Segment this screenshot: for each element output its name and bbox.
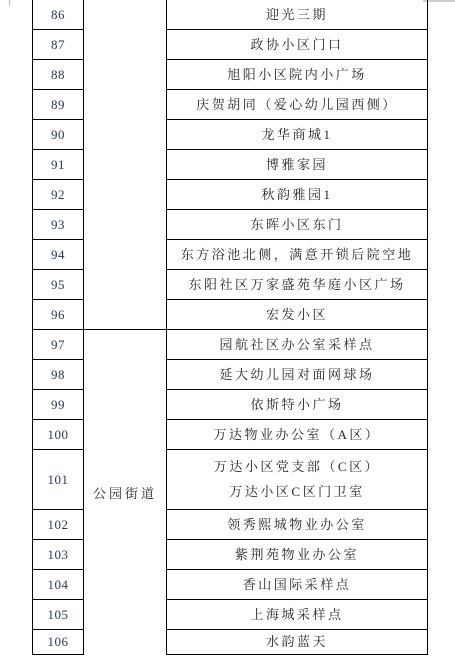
location-cell: 依斯特小广场 — [167, 390, 427, 420]
location-text: 水韵蓝天 — [266, 634, 328, 650]
location-text: 秋韵雅园1 — [261, 187, 332, 203]
row-number-cell: 105 — [33, 600, 83, 630]
location-text: 万达小区党支部（C区） — [214, 459, 380, 475]
location-text: 旭阳小区院内小广场 — [227, 67, 367, 83]
location-cell: 东晖小区东门 — [167, 210, 427, 240]
location-text: 政协小区门口 — [250, 37, 343, 53]
row-number-cell: 86 — [33, 0, 83, 30]
location-text: 香山国际采样点 — [243, 577, 352, 593]
row-number-cell: 87 — [33, 30, 83, 60]
location-cell: 紫荆苑物业办公室 — [167, 540, 427, 570]
location-cell: 迎光三期 — [167, 0, 427, 30]
location-cell: 园航社区办公室采样点 — [167, 330, 427, 360]
column-locations: 迎光三期政协小区门口旭阳小区院内小广场庆贺胡同（爱心幼儿园西侧）龙华商城1博雅家… — [167, 0, 428, 655]
location-cell: 延大幼儿园对面网球场 — [167, 360, 427, 390]
row-number-cell: 103 — [33, 540, 83, 570]
location-text: 领秀熙城物业办公室 — [227, 517, 367, 533]
location-text: 东方浴池北侧，满意开锁后院空地 — [181, 247, 414, 263]
row-number-cell: 94 — [33, 240, 83, 270]
column-street: 公园街道 — [84, 0, 167, 655]
location-cell: 宏发小区 — [167, 300, 427, 330]
location-text: 龙华商城1 — [261, 127, 332, 143]
location-cell: 龙华商城1 — [167, 120, 427, 150]
location-cell: 秋韵雅园1 — [167, 180, 427, 210]
location-cell: 领秀熙城物业办公室 — [167, 510, 427, 540]
row-number-cell: 98 — [33, 360, 83, 390]
row-number-cell: 97 — [33, 330, 83, 360]
location-cell: 东方浴池北侧，满意开锁后院空地 — [167, 240, 427, 270]
row-number-cell: 101 — [33, 450, 83, 510]
row-number-cell: 93 — [33, 210, 83, 240]
row-number-cell: 106 — [33, 630, 83, 655]
row-number-cell: 91 — [33, 150, 83, 180]
location-cell: 万达物业办公室（A区） — [167, 420, 427, 450]
location-text: 东阳社区万家盛苑华庭小区广场 — [188, 277, 405, 293]
location-text: 东晖小区东门 — [250, 217, 343, 233]
location-cell: 东阳社区万家盛苑华庭小区广场 — [167, 270, 427, 300]
location-cell: 上海城采样点 — [167, 600, 427, 630]
location-text: 紫荆苑物业办公室 — [235, 547, 359, 563]
row-number-cell: 99 — [33, 390, 83, 420]
column-row-numbers: 8687888990919293949596979899100101102103… — [33, 0, 84, 655]
sampling-points-table-page: 8687888990919293949596979899100101102103… — [0, 0, 455, 659]
location-text: 上海城采样点 — [250, 607, 343, 623]
location-text: 万达物业办公室（A区） — [214, 427, 381, 443]
location-text: 万达小区C区门卫室 — [229, 484, 364, 500]
location-text: 宏发小区 — [266, 307, 328, 323]
location-text: 延大幼儿园对面网球场 — [219, 367, 374, 383]
street-name-label: 公园街道 — [93, 483, 157, 502]
location-cell: 水韵蓝天 — [167, 630, 427, 655]
row-number-cell: 100 — [33, 420, 83, 450]
row-number-cell: 95 — [33, 270, 83, 300]
location-cell: 政协小区门口 — [167, 30, 427, 60]
row-number-cell: 96 — [33, 300, 83, 330]
location-cell: 香山国际采样点 — [167, 570, 427, 600]
row-number-cell: 89 — [33, 90, 83, 120]
crop-artifact-left-border — [9, 0, 10, 6]
location-text: 博雅家园 — [266, 157, 328, 173]
sampling-points-table: 8687888990919293949596979899100101102103… — [32, 0, 428, 655]
row-number-cell: 92 — [33, 180, 83, 210]
location-cell: 博雅家园 — [167, 150, 427, 180]
row-number-cell: 88 — [33, 60, 83, 90]
location-text: 庆贺胡同（爱心幼儿园西侧） — [196, 97, 398, 113]
location-text: 园航社区办公室采样点 — [219, 337, 374, 353]
row-number-cell: 104 — [33, 570, 83, 600]
location-text: 依斯特小广场 — [250, 397, 343, 413]
row-number-cell: 102 — [33, 510, 83, 540]
location-cell: 旭阳小区院内小广场 — [167, 60, 427, 90]
row-number-cell: 90 — [33, 120, 83, 150]
street-cell-gongyuan: 公园街道 — [84, 330, 166, 655]
location-text: 迎光三期 — [266, 7, 328, 23]
location-cell: 庆贺胡同（爱心幼儿园西侧） — [167, 90, 427, 120]
street-cell-continued-above — [84, 0, 166, 330]
location-cell: 万达小区党支部（C区）万达小区C区门卫室 — [167, 450, 427, 510]
